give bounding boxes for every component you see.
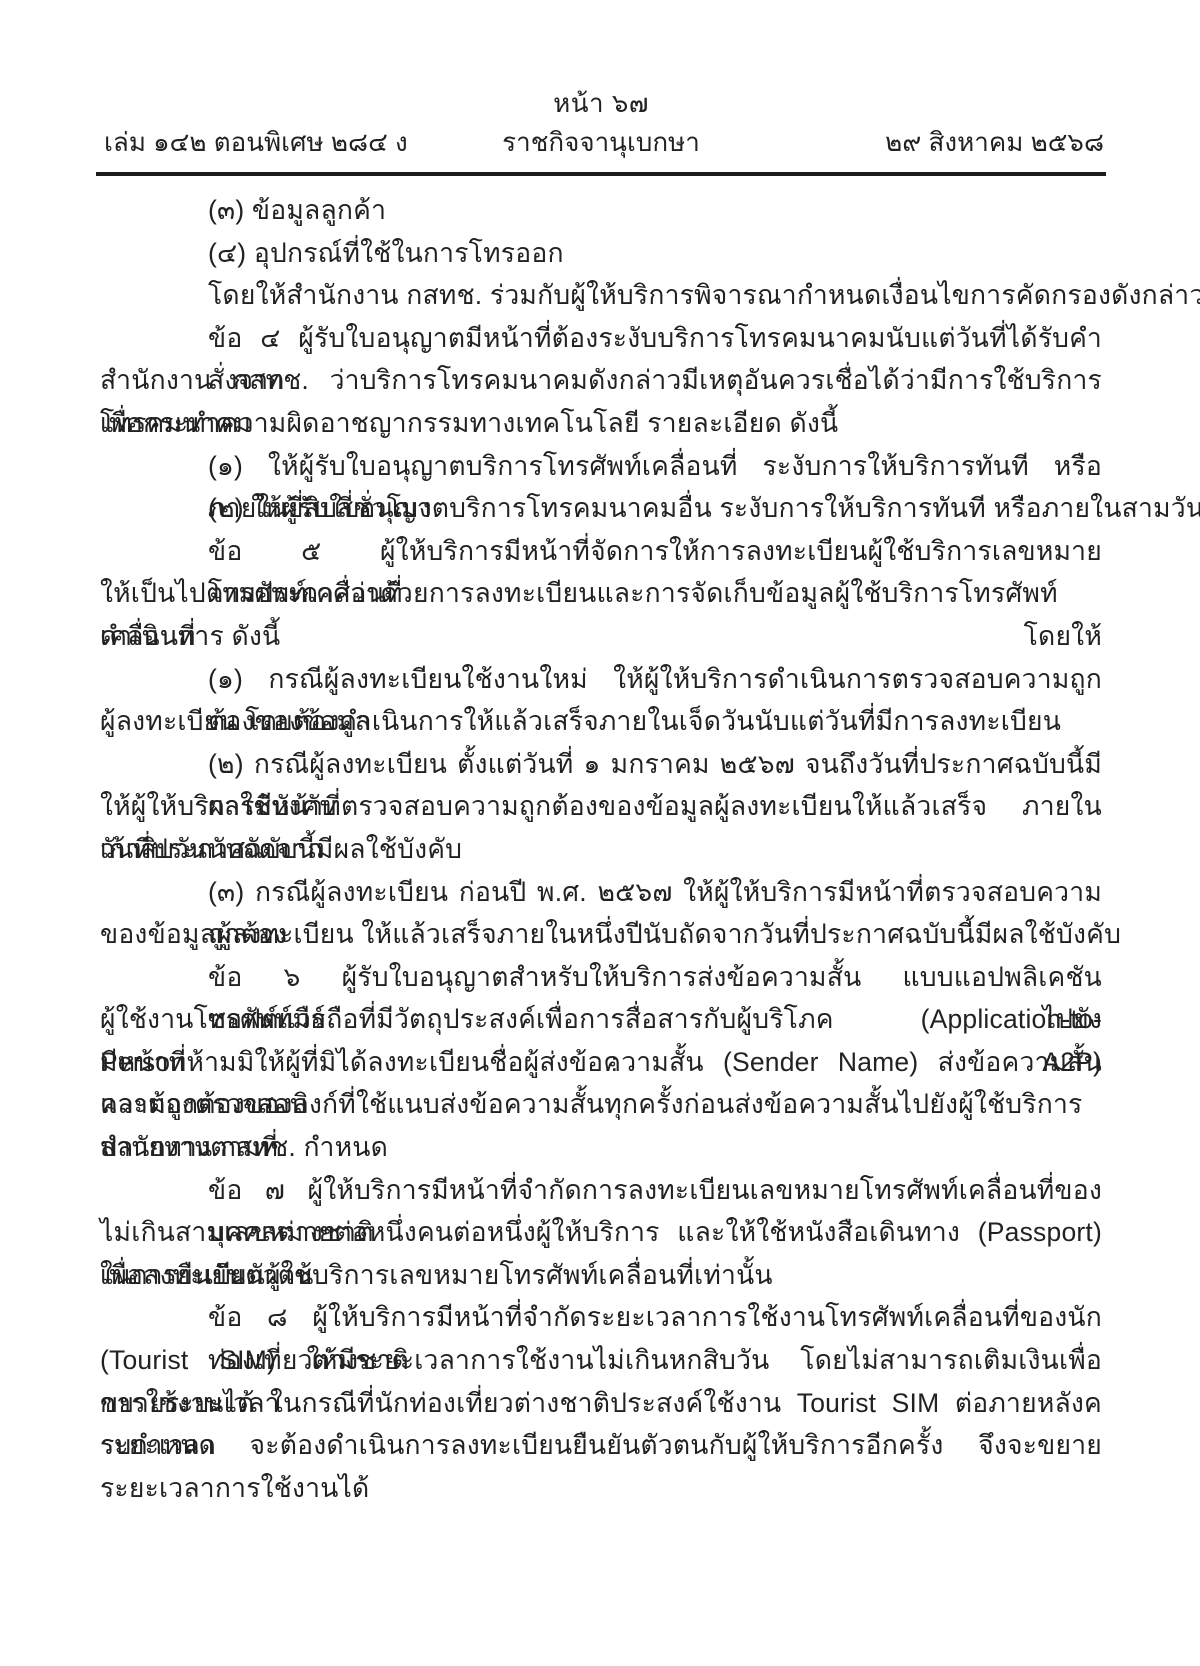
document-line: ไม่เกินสามเลขหมายต่อหนึ่งคนต่อหนึ่งผู้ให…: [100, 1211, 1102, 1254]
document-line: สำนักงาน กสทช. ว่าบริการโทรคมนาคมดังกล่า…: [100, 359, 1102, 402]
header-row: เล่ม ๑๔๒ ตอนพิเศษ ๒๘๔ ง ราชกิจจานุเบกษา …: [96, 120, 1106, 164]
page-header: หน้า ๖๗ เล่ม ๑๔๒ ตอนพิเศษ ๒๘๔ ง ราชกิจจา…: [96, 86, 1106, 176]
document-line: ข้อ ๖ ผู้รับใบอนุญาตสำหรับให้บริการส่งข้…: [100, 956, 1102, 999]
document-line: ให้ผู้ให้บริการมีหน้าที่ตรวจสอบความถูกต้…: [100, 785, 1102, 828]
document-line: ข้อ ๕ ผู้ให้บริการมีหน้าที่จัดการให้การล…: [100, 530, 1102, 573]
document-line: มีหน้าที่ห้ามมิให้ผู้ที่มิได้ลงทะเบียนชื…: [100, 1041, 1102, 1084]
document-line: เพื่อลงทะเบียนผู้ใช้บริการเลขหมายโทรศัพท…: [100, 1254, 1102, 1297]
document-line: (๔) อุปกรณ์ที่ใช้ในการโทรออก: [100, 232, 1102, 275]
document-line: ของข้อมูลผู้ลงทะเบียน ให้แล้วเสร็จภายในห…: [100, 913, 1102, 956]
document-line: ข้อ ๗ ผู้ให้บริการมีหน้าที่จำกัดการลงทะเ…: [100, 1169, 1102, 1212]
page-number: หน้า ๖๗: [96, 86, 1106, 120]
document-line: ข้อ ๘ ผู้ให้บริการมีหน้าที่จำกัดระยะเวลา…: [100, 1296, 1102, 1339]
document-line: สำนักงาน กสทช. กำหนด: [100, 1126, 1102, 1169]
document-line: ให้เป็นไปตามประกาศว่าด้วยการลงทะเบียนและ…: [100, 572, 1102, 615]
document-line: (๓) ข้อมูลลูกค้า: [100, 189, 1102, 232]
document-line: การใช้งานได้ ในกรณีที่นักท่องเที่ยวต่างช…: [100, 1382, 1102, 1425]
document-line: ผู้ลงทะเบียน โดยต้องดำเนินการให้แล้วเสร็…: [100, 700, 1102, 743]
gazette-page: หน้า ๖๗ เล่ม ๑๔๒ ตอนพิเศษ ๒๘๔ ง ราชกิจจา…: [0, 0, 1200, 1666]
document-line: (๓) กรณีผู้ลงทะเบียน ก่อนปี พ.ศ. ๒๕๖๗ ให…: [100, 871, 1102, 914]
document-line: (๒) กรณีผู้ลงทะเบียน ตั้งแต่วันที่ ๑ มกร…: [100, 743, 1102, 786]
document-line: (๑) กรณีผู้ลงทะเบียนใช้งานใหม่ ให้ผู้ให้…: [100, 658, 1102, 701]
document-line: ผู้ใช้งานโทรศัพท์มือถือที่มีวัตถุประสงค์…: [100, 998, 1102, 1041]
document-line: (๒) ให้ผู้รับใบอนุญาตบริการโทรคมนาคมอื่น…: [100, 487, 1102, 530]
document-body: (๓) ข้อมูลลูกค้า(๔) อุปกรณ์ที่ใช้ในการโท…: [100, 189, 1102, 1467]
gazette-title: ราชกิจจานุเบกษา: [502, 120, 700, 164]
document-line: ระยะเวลา จะต้องดำเนินการลงทะเบียนยืนยันต…: [100, 1424, 1102, 1467]
volume-issue-label: เล่ม ๑๔๒ ตอนพิเศษ ๒๘๔ ง: [104, 120, 408, 164]
document-line: ข้อ ๔ ผู้รับใบอนุญาตมีหน้าที่ต้องระงับบร…: [100, 317, 1102, 360]
document-line: (๑) ให้ผู้รับใบอนุญาตบริการโทรศัพท์เคลื่…: [100, 445, 1102, 488]
header-divider: [96, 172, 1106, 176]
document-line: (Tourist SIM) ให้มีระยะเวลาการใช้งานไม่เ…: [100, 1339, 1102, 1382]
document-line: เพื่อกระทำความผิดอาชญากรรมทางเทคโนโลยี ร…: [100, 402, 1102, 445]
publication-date: ๒๙ สิงหาคม ๒๕๖๘: [885, 120, 1104, 164]
document-line: ความถูกต้องของลิงก์ที่ใช้แนบส่งข้อความสั…: [100, 1083, 1102, 1126]
document-line: วันที่ประกาศฉบับนี้มีผลใช้บังคับ: [100, 828, 1102, 871]
document-line: โดยให้สำนักงาน กสทช. ร่วมกับผู้ให้บริการ…: [100, 274, 1102, 317]
